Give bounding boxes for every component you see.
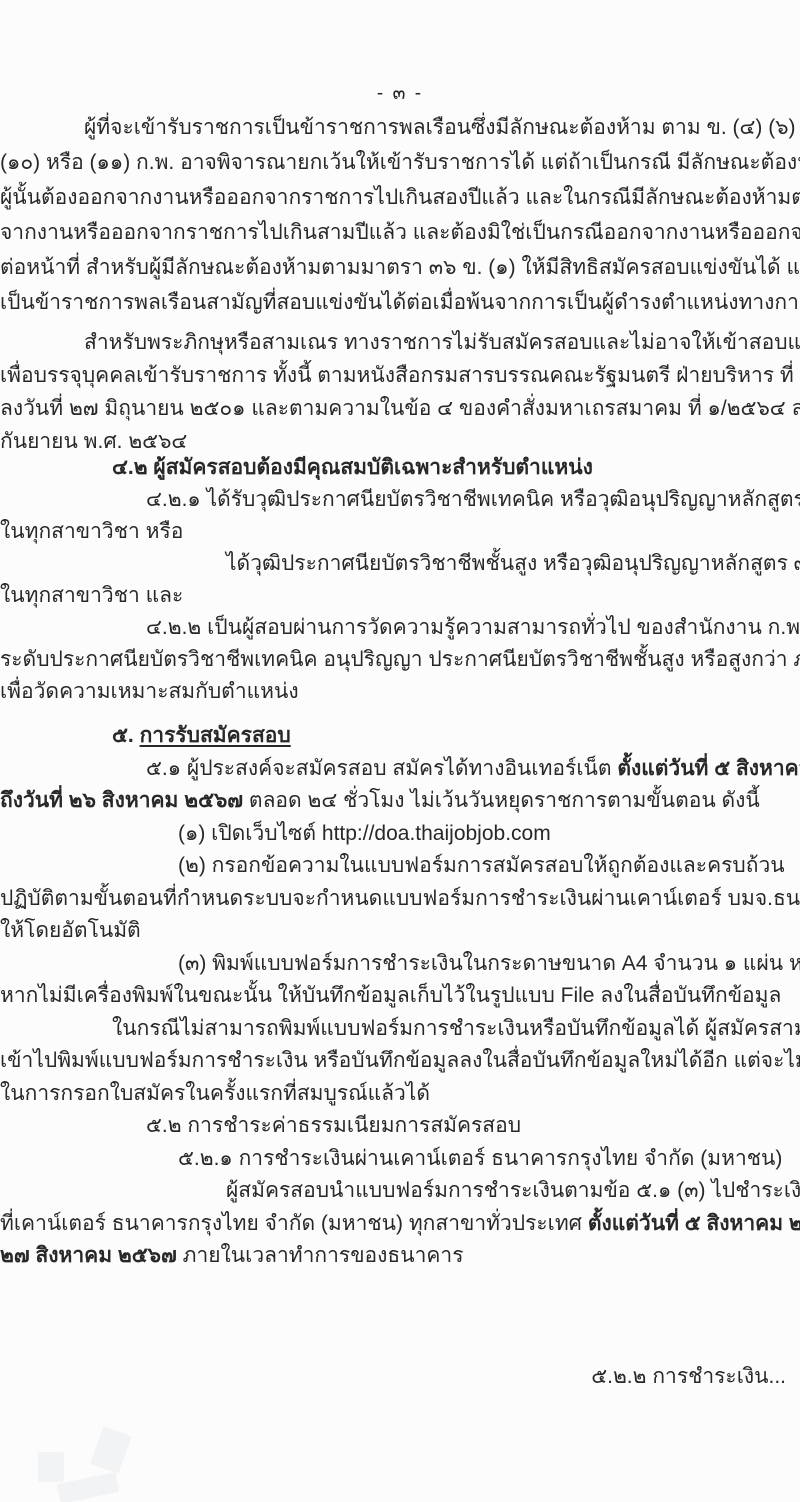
payment-line-1: ผู้สมัครสอบนำแบบฟอร์มการชำระเงินตามข้อ ๕… bbox=[0, 1175, 800, 1208]
text-line: ปฏิบัติตามขั้นตอนที่กำหนดระบบจะกำหนดแบบฟ… bbox=[0, 883, 800, 916]
item-5-1-line-2: ถึงวันที่ ๒๖ สิงหาคม ๒๕๖๗ ตลอด ๒๔ ชั่วโม… bbox=[0, 785, 800, 818]
text-line: จากงานหรือออกจากราชการไปเกินสามปีแล้ว แล… bbox=[0, 215, 800, 250]
text-line: ระดับประกาศนียบัตรวิชาชีพเทคนิค อนุปริญญ… bbox=[0, 644, 800, 676]
step-3-line: (๓) พิมพ์แบบฟอร์มการชำระเงินในกระดาษขนาด… bbox=[0, 948, 800, 981]
application-start-date: ตั้งแต่วันที่ ๕ สิงหาคม ๒๕๖๗ bbox=[617, 757, 800, 780]
text-segment: ภายในเวลาทำการของธนาคาร bbox=[177, 1244, 464, 1267]
step-2-line: (๒) กรอกข้อความในแบบฟอร์มการสมัครสอบให้ถ… bbox=[0, 850, 800, 883]
text-line: ในทุกสาขาวิชา และ bbox=[0, 580, 800, 612]
website-url-text: http://doa.thaijobjob.com bbox=[322, 822, 551, 845]
text-line: ๔.๒.๑ ได้รับวุฒิประกาศนียบัตรวิชาชีพเทคน… bbox=[0, 484, 800, 516]
scan-artifact bbox=[57, 1472, 120, 1502]
qualification-section: ๔.๒ ผู้สมัครสอบต้องมีคุณสมบัติเฉพาะสำหรั… bbox=[0, 452, 800, 708]
payment-start-date: ตั้งแต่วันที่ ๕ สิงหาคม ๒๕๖๗ ถึงวันที่ bbox=[588, 1212, 800, 1235]
text-line: ๔.๒.๒ เป็นผู้สอบผ่านการวัดความรู้ความสาม… bbox=[0, 612, 800, 644]
text-line: สำหรับพระภิกษุหรือสามเณร ทางราชการไม่รับ… bbox=[0, 326, 800, 359]
reprint-note-line: ในกรณีไม่สามารถพิมพ์แบบฟอร์มการชำระเงินห… bbox=[0, 1013, 800, 1046]
text-line: ในการกรอกใบสมัครในครั้งแรกที่สมบูรณ์แล้ว… bbox=[0, 1078, 800, 1111]
text-segment: ที่เคาน์เตอร์ ธนาคารกรุงไทย จำกัด (มหาชน… bbox=[0, 1212, 588, 1235]
section-4-2-heading: ๔.๒ ผู้สมัครสอบต้องมีคุณสมบัติเฉพาะสำหรั… bbox=[0, 452, 800, 484]
page-number: - ๓ - bbox=[0, 78, 800, 108]
section-5-number: ๕. bbox=[112, 724, 140, 747]
item-5-2-1-heading: ๕.๒.๑ การชำระเงินผ่านเคาน์เตอร์ ธนาคารกร… bbox=[0, 1143, 800, 1176]
text-line: เพื่อบรรจุบุคคลเข้ารับราชการ ทั้งนี้ ตาม… bbox=[0, 359, 800, 392]
application-end-date: ถึงวันที่ ๒๖ สิงหาคม ๒๕๖๗ bbox=[0, 789, 243, 812]
payment-line-2: ที่เคาน์เตอร์ ธนาคารกรุงไทย จำกัด (มหาชน… bbox=[0, 1208, 800, 1241]
text-line: เป็นข้าราชการพลเรือนสามัญที่สอบแข่งขันได… bbox=[0, 285, 800, 320]
footer-continuation-text: ๕.๒.๒ การชำระเงิน... bbox=[591, 1362, 786, 1392]
text-line: ลงวันที่ ๒๗ มิถุนายน ๒๕๐๑ และตามความในข้… bbox=[0, 392, 800, 425]
text-line: ได้วุฒิประกาศนียบัตรวิชาชีพชั้นสูง หรือว… bbox=[0, 548, 800, 580]
text-line: ให้โดยอัตโนมัติ bbox=[0, 915, 800, 948]
scan-artifact bbox=[90, 1426, 132, 1474]
item-5-1-line-1: ๕.๑ ผู้ประสงค์จะสมัครสอบ สมัครได้ทางอินเ… bbox=[0, 753, 800, 786]
text-segment: ตลอด ๒๔ ชั่วโมง ไม่เว้นวันหยุดราชการตามข… bbox=[243, 789, 760, 812]
scan-artifact bbox=[38, 1452, 64, 1482]
exemption-clause-paragraph: ผู้ที่จะเข้ารับราชการเป็นข้าราชการพลเรือ… bbox=[0, 110, 800, 320]
scanned-document-page: - ๓ - ผู้ที่จะเข้ารับราชการเป็นข้าราชการ… bbox=[0, 0, 800, 1502]
text-line: ต่อหน้าที่ สำหรับผู้มีลักษณะต้องห้ามตามม… bbox=[0, 250, 800, 285]
text-line: ผู้นั้นต้องออกจากงานหรือออกจากราชการไปเก… bbox=[0, 180, 800, 215]
item-5-2-heading: ๕.๒ การชำระค่าธรรมเนียมการสมัครสอบ bbox=[0, 1110, 800, 1143]
monk-clause-paragraph: สำหรับพระภิกษุหรือสามเณร ทางราชการไม่รับ… bbox=[0, 326, 800, 458]
text-line: หากไม่มีเครื่องพิมพ์ในขณะนั้น ให้บันทึกข… bbox=[0, 980, 800, 1013]
payment-end-date: ๒๗ สิงหาคม ๒๕๖๗ bbox=[0, 1244, 177, 1267]
text-line: ผู้ที่จะเข้ารับราชการเป็นข้าราชการพลเรือ… bbox=[0, 110, 800, 145]
text-line: เข้าไปพิมพ์แบบฟอร์มการชำระเงิน หรือบันทึ… bbox=[0, 1045, 800, 1078]
text-line: เพื่อวัดความเหมาะสมกับตำแหน่ง bbox=[0, 676, 800, 708]
application-section: ๕. การรับสมัครสอบ ๕.๑ ผู้ประสงค์จะสมัครส… bbox=[0, 720, 800, 1273]
text-line: (๑๐) หรือ (๑๑) ก.พ. อาจพิจารณายกเว้นให้เ… bbox=[0, 145, 800, 180]
text-segment: ๕.๑ ผู้ประสงค์จะสมัครสอบ สมัครได้ทางอินเ… bbox=[146, 757, 617, 780]
payment-line-3: ๒๗ สิงหาคม ๒๕๖๗ ภายในเวลาทำการของธนาคาร bbox=[0, 1240, 800, 1273]
section-5-heading-text: การรับสมัครสอบ bbox=[140, 724, 291, 747]
text-segment: (๑) เปิดเว็บไซต์ bbox=[178, 822, 322, 845]
text-line: ในทุกสาขาวิชา หรือ bbox=[0, 516, 800, 548]
section-5-heading: ๕. การรับสมัครสอบ bbox=[0, 720, 800, 753]
step-1-line: (๑) เปิดเว็บไซต์ http://doa.thaijobjob.c… bbox=[0, 818, 800, 851]
